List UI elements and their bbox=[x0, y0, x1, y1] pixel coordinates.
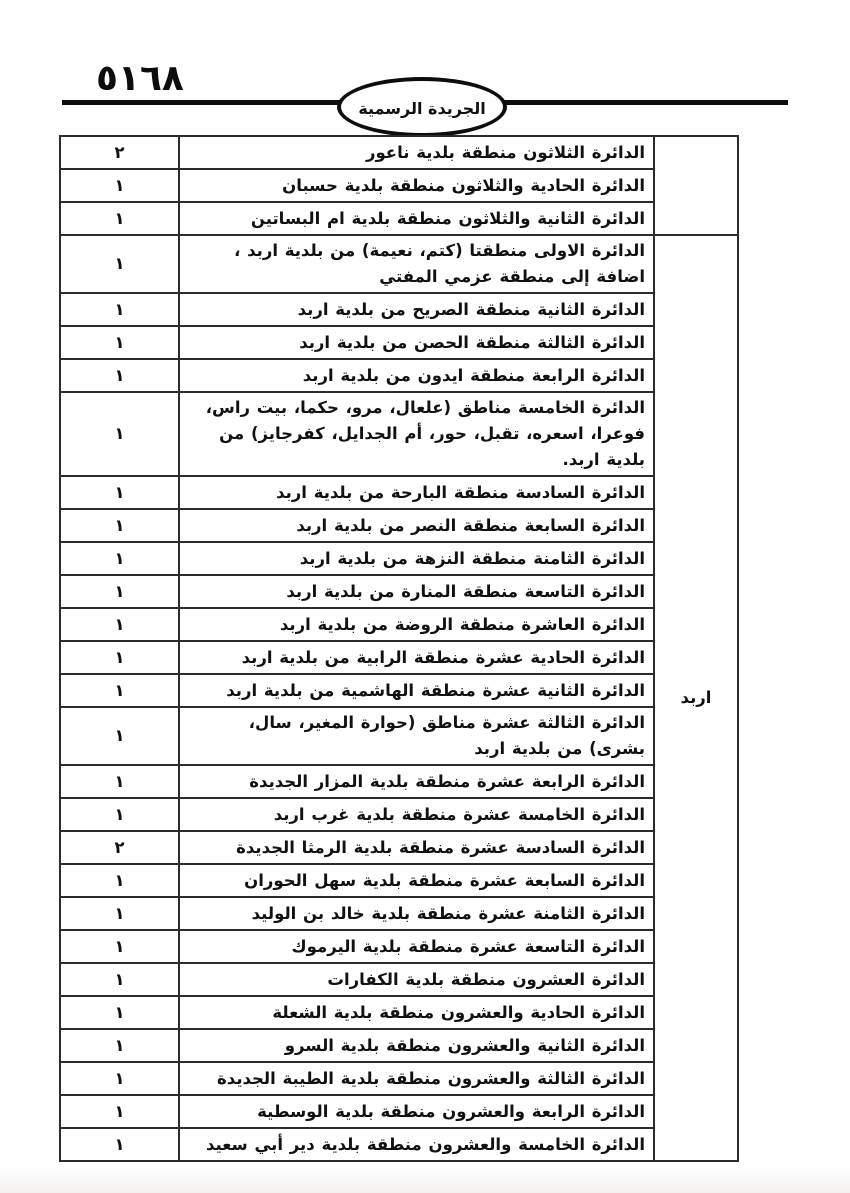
table-row: الدائرة الخامسة مناطق (علعال، مرو، حكما،… bbox=[60, 392, 738, 476]
gazette-title: الجريدة الرسمية bbox=[358, 97, 485, 118]
table-row: الدائرة الحادية والعشرون منطقة بلدية الش… bbox=[60, 996, 738, 1029]
table-row: الدائرة الثالثة والعشرون منطقة بلدية الط… bbox=[60, 1062, 738, 1095]
district-cell: الدائرة الحادية عشرة منطقة الرابية من بل… bbox=[179, 641, 654, 674]
district-cell: الدائرة الخامسة مناطق (علعال، مرو، حكما،… bbox=[179, 392, 654, 476]
district-cell: الدائرة الثانية عشرة منطقة الهاشمية من ب… bbox=[179, 674, 654, 707]
district-cell: الدائرة الخامسة والعشرون منطقة بلدية دير… bbox=[179, 1128, 654, 1161]
district-cell: الدائرة العشرون منطقة بلدية الكفارات bbox=[179, 963, 654, 996]
table-row: الدائرة السادسة منطقة البارحة من بلدية ا… bbox=[60, 476, 738, 509]
table-row: الدائرة الثانية عشرة منطقة الهاشمية من ب… bbox=[60, 674, 738, 707]
table-row: الدائرة التاسعة منطقة المنارة من بلدية ا… bbox=[60, 575, 738, 608]
district-cell: الدائرة السادسة عشرة منطقة بلدية الرمثا … bbox=[179, 831, 654, 864]
table-row: الدائرة العشرون منطقة بلدية الكفارات١ bbox=[60, 963, 738, 996]
district-cell: الدائرة الرابعة منطقة ايدون من بلدية ارب… bbox=[179, 359, 654, 392]
gazette-title-oval: الجريدة الرسمية bbox=[337, 77, 507, 137]
table-row: الدائرة الثامنة عشرة منطقة بلدية خالد بن… bbox=[60, 897, 738, 930]
districts-table: الدائرة الثلاثون منطقة بلدية ناعور٢الدائ… bbox=[59, 135, 739, 1162]
district-cell: الدائرة الثانية والعشرون منطقة بلدية الس… bbox=[179, 1029, 654, 1062]
seats-cell: ٢ bbox=[60, 136, 179, 169]
seats-cell: ١ bbox=[60, 765, 179, 798]
district-cell: الدائرة الحادية والعشرون منطقة بلدية الش… bbox=[179, 996, 654, 1029]
governorate-cell: اربد bbox=[654, 235, 738, 1161]
page-number: ٥١٦٨ bbox=[96, 58, 184, 99]
seats-cell: ٢ bbox=[60, 831, 179, 864]
seats-cell: ١ bbox=[60, 897, 179, 930]
table-row: الدائرة الثانية والعشرون منطقة بلدية الس… bbox=[60, 1029, 738, 1062]
seats-cell: ١ bbox=[60, 509, 179, 542]
district-cell: الدائرة الرابعة عشرة منطقة بلدية المزار … bbox=[179, 765, 654, 798]
seats-cell: ١ bbox=[60, 235, 179, 293]
seats-cell: ١ bbox=[60, 930, 179, 963]
table-row: الدائرة الثامنة منطقة النزهة من بلدية ار… bbox=[60, 542, 738, 575]
table-row: الدائرة الخامسة والعشرون منطقة بلدية دير… bbox=[60, 1128, 738, 1161]
governorate-cell bbox=[654, 136, 738, 235]
gazette-page: { "page": { "number": "٥١٦٨", "gazette_l… bbox=[0, 0, 850, 1193]
seats-cell: ١ bbox=[60, 542, 179, 575]
seats-cell: ١ bbox=[60, 963, 179, 996]
district-cell: الدائرة التاسعة منطقة المنارة من بلدية ا… bbox=[179, 575, 654, 608]
table-row: الدائرة العاشرة منطقة الروضة من بلدية ار… bbox=[60, 608, 738, 641]
district-cell: الدائرة الثالثة عشرة مناطق (حوارة المغير… bbox=[179, 707, 654, 765]
district-cell: الدائرة الثانية منطقة الصريح من بلدية ار… bbox=[179, 293, 654, 326]
seats-cell: ١ bbox=[60, 575, 179, 608]
table-row: الدائرة التاسعة عشرة منطقة بلدية اليرموك… bbox=[60, 930, 738, 963]
seats-cell: ١ bbox=[60, 1029, 179, 1062]
districts-table-wrap: الدائرة الثلاثون منطقة بلدية ناعور٢الدائ… bbox=[61, 135, 739, 1162]
seats-cell: ١ bbox=[60, 996, 179, 1029]
seats-cell: ١ bbox=[60, 608, 179, 641]
table-row: الدائرة الحادية عشرة منطقة الرابية من بل… bbox=[60, 641, 738, 674]
district-cell: الدائرة السادسة منطقة البارحة من بلدية ا… bbox=[179, 476, 654, 509]
seats-cell: ١ bbox=[60, 326, 179, 359]
table-row: الدائرة الرابعة والعشرون منطقة بلدية الو… bbox=[60, 1095, 738, 1128]
seats-cell: ١ bbox=[60, 1095, 179, 1128]
district-cell: الدائرة الثامنة عشرة منطقة بلدية خالد بن… bbox=[179, 897, 654, 930]
table-row: الدائرة الرابعة منطقة ايدون من بلدية ارب… bbox=[60, 359, 738, 392]
table-row: الدائرة السابعة عشرة منطقة بلدية سهل الح… bbox=[60, 864, 738, 897]
table-row: الدائرة الحادية والثلاثون منطقة بلدية حس… bbox=[60, 169, 738, 202]
district-cell: الدائرة الثالثة والعشرون منطقة بلدية الط… bbox=[179, 1062, 654, 1095]
district-cell: الدائرة الحادية والثلاثون منطقة بلدية حس… bbox=[179, 169, 654, 202]
table-row: الدائرة السابعة منطقة النصر من بلدية ارب… bbox=[60, 509, 738, 542]
seats-cell: ١ bbox=[60, 1062, 179, 1095]
district-cell: الدائرة السابعة منطقة النصر من بلدية ارب… bbox=[179, 509, 654, 542]
seats-cell: ١ bbox=[60, 293, 179, 326]
seats-cell: ١ bbox=[60, 392, 179, 476]
district-cell: الدائرة الثالثة منطقة الحصن من بلدية ارب… bbox=[179, 326, 654, 359]
table-row: اربدالدائرة الاولى منطقتا (كتم، نعيمة) م… bbox=[60, 235, 738, 293]
district-cell: الدائرة التاسعة عشرة منطقة بلدية اليرموك bbox=[179, 930, 654, 963]
table-row: الدائرة الثانية منطقة الصريح من بلدية ار… bbox=[60, 293, 738, 326]
district-cell: الدائرة الخامسة عشرة منطقة بلدية غرب ارب… bbox=[179, 798, 654, 831]
seats-cell: ١ bbox=[60, 641, 179, 674]
district-cell: الدائرة العاشرة منطقة الروضة من بلدية ار… bbox=[179, 608, 654, 641]
scan-shadow bbox=[0, 1167, 850, 1193]
district-cell: الدائرة الاولى منطقتا (كتم، نعيمة) من بل… bbox=[179, 235, 654, 293]
seats-cell: ١ bbox=[60, 674, 179, 707]
table-row: الدائرة الثلاثون منطقة بلدية ناعور٢ bbox=[60, 136, 738, 169]
district-cell: الدائرة الثامنة منطقة النزهة من بلدية ار… bbox=[179, 542, 654, 575]
table-row: الدائرة الثالثة عشرة مناطق (حوارة المغير… bbox=[60, 707, 738, 765]
district-cell: الدائرة السابعة عشرة منطقة بلدية سهل الح… bbox=[179, 864, 654, 897]
seats-cell: ١ bbox=[60, 1128, 179, 1161]
table-row: الدائرة الخامسة عشرة منطقة بلدية غرب ارب… bbox=[60, 798, 738, 831]
seats-cell: ١ bbox=[60, 798, 179, 831]
seats-cell: ١ bbox=[60, 476, 179, 509]
seats-cell: ١ bbox=[60, 864, 179, 897]
seats-cell: ١ bbox=[60, 707, 179, 765]
table-row: الدائرة الرابعة عشرة منطقة بلدية المزار … bbox=[60, 765, 738, 798]
table-row: الدائرة الثانية والثلاثون منطقة بلدية ام… bbox=[60, 202, 738, 235]
seats-cell: ١ bbox=[60, 202, 179, 235]
district-cell: الدائرة الرابعة والعشرون منطقة بلدية الو… bbox=[179, 1095, 654, 1128]
table-row: الدائرة السادسة عشرة منطقة بلدية الرمثا … bbox=[60, 831, 738, 864]
district-cell: الدائرة الثلاثون منطقة بلدية ناعور bbox=[179, 136, 654, 169]
district-cell: الدائرة الثانية والثلاثون منطقة بلدية ام… bbox=[179, 202, 654, 235]
table-row: الدائرة الثالثة منطقة الحصن من بلدية ارب… bbox=[60, 326, 738, 359]
seats-cell: ١ bbox=[60, 359, 179, 392]
seats-cell: ١ bbox=[60, 169, 179, 202]
